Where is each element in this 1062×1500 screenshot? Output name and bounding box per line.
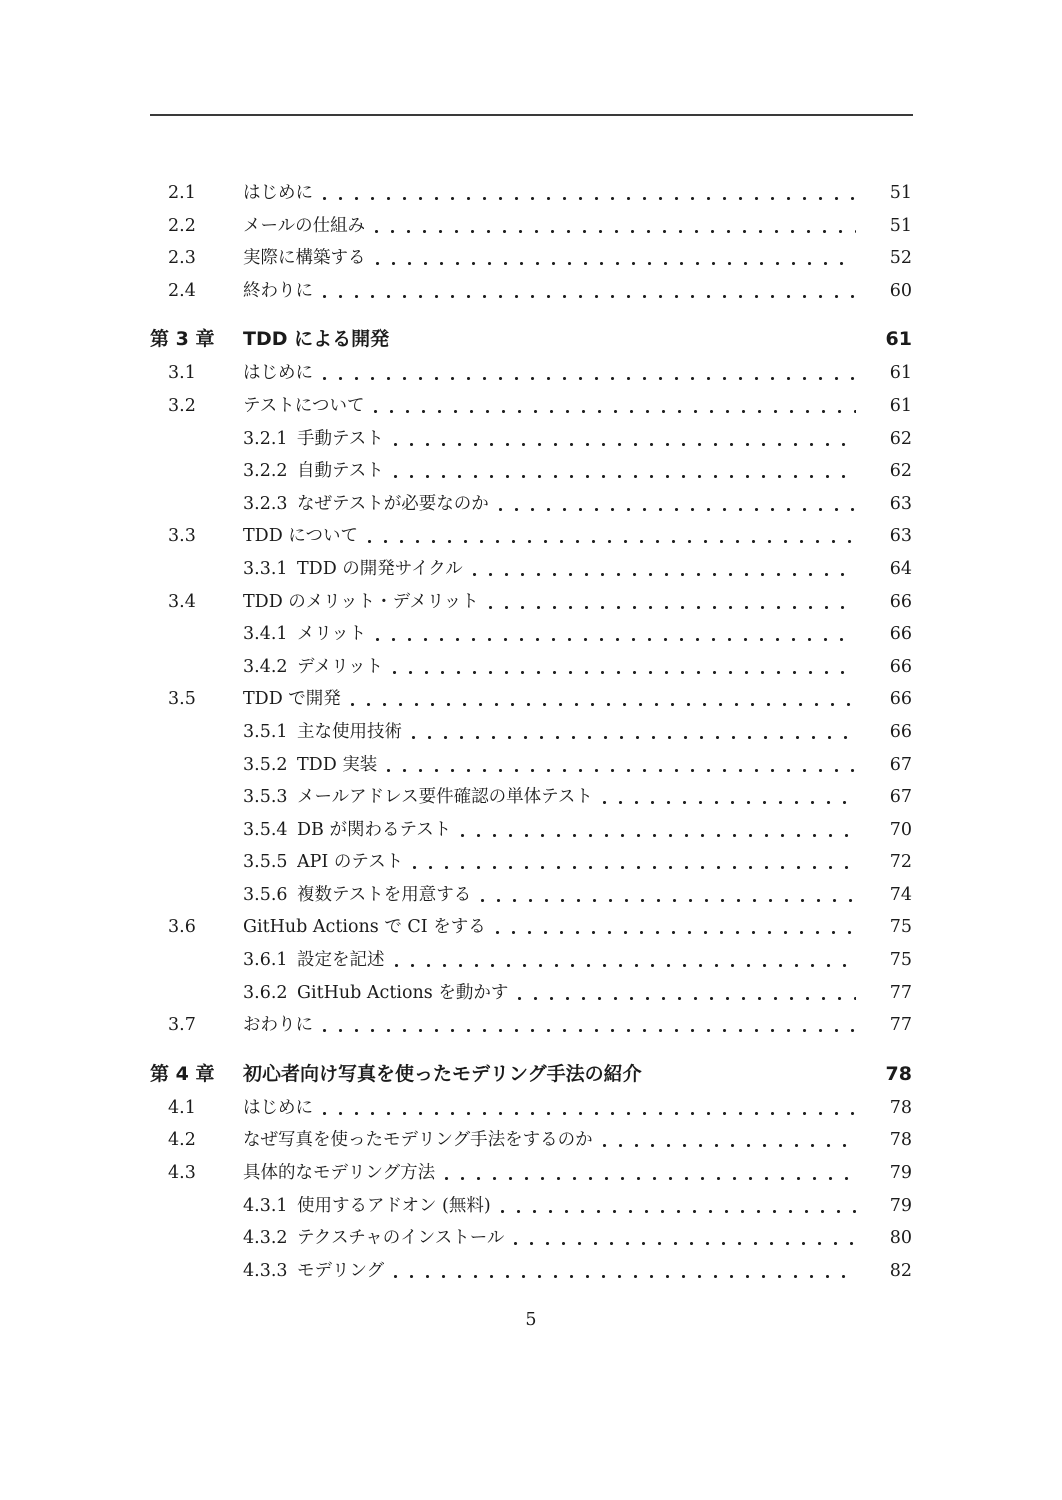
dot-leader xyxy=(489,606,856,609)
toc-entry-page: 77 xyxy=(874,1009,912,1042)
toc-entry-number: 3.1 xyxy=(168,357,243,390)
toc-entry-subsection[interactable]: 3.2.3 なぜテストが必要なのか 63 xyxy=(150,488,912,521)
toc-entry-section[interactable]: 3.3 TDD について 63 xyxy=(150,520,912,553)
toc-entry-number: 4.3 xyxy=(168,1157,243,1190)
toc-entry-section[interactable]: 4.2 なぜ写真を使ったモデリング手法をするのか 78 xyxy=(150,1124,912,1157)
dot-leader xyxy=(399,341,856,344)
toc-entry-section[interactable]: 2.4 終わりに 60 xyxy=(150,275,912,308)
toc-entry-page: 61 xyxy=(874,357,912,390)
toc-entry-number: 3.4.2 xyxy=(243,651,297,684)
toc-entry-number: 4.3.1 xyxy=(243,1190,297,1223)
toc-entry-title: TDD の開発サイクル xyxy=(297,553,463,586)
toc-entry-section[interactable]: 3.1 はじめに 61 xyxy=(150,357,912,390)
toc-entry-page: 82 xyxy=(874,1255,912,1288)
toc-entry-page: 78 xyxy=(874,1056,912,1092)
toc-entry-title: メールの仕組み xyxy=(243,210,365,243)
toc-entry-page: 78 xyxy=(874,1124,912,1157)
dot-leader xyxy=(394,475,856,478)
toc-entry-title: TDD について xyxy=(243,520,358,553)
toc-entry-page: 66 xyxy=(874,683,912,716)
toc-entry-number: 3.5.1 xyxy=(243,716,297,749)
dot-leader xyxy=(518,997,856,1000)
toc-entry-page: 61 xyxy=(874,321,912,357)
dot-leader xyxy=(501,1210,856,1213)
toc-entry-title: API のテスト xyxy=(297,846,403,879)
dot-leader xyxy=(473,573,856,576)
toc-entry-title: 使用するアドオン (無料) xyxy=(297,1190,491,1223)
toc-entry-title: テストについて xyxy=(243,390,364,423)
dot-leader xyxy=(323,1112,856,1115)
dot-leader xyxy=(481,899,856,902)
toc-entry-page: 80 xyxy=(874,1222,912,1255)
toc-entry-page: 66 xyxy=(874,716,912,749)
toc-entry-section[interactable]: 3.7 おわりに 77 xyxy=(150,1009,912,1042)
toc-entry-page: 75 xyxy=(874,911,912,944)
dot-leader xyxy=(499,508,856,511)
document-page: 2.1 はじめに 51 2.2 メールの仕組み 51 2.3 実際に構築する 5… xyxy=(0,0,1062,1500)
toc-entry-title: TDD のメリット・デメリット xyxy=(243,586,479,619)
toc-entry-page: 63 xyxy=(874,488,912,521)
dot-leader xyxy=(652,1076,856,1079)
toc-entry-number: 3.2.2 xyxy=(243,455,297,488)
dot-leader xyxy=(323,197,856,200)
toc-entry-page: 64 xyxy=(874,553,912,586)
toc-entry-number: 3.5.4 xyxy=(243,814,297,847)
toc-entry-subsection[interactable]: 3.5.1 主な使用技術 66 xyxy=(150,716,912,749)
toc-entry-title: 複数テストを用意する xyxy=(297,879,471,912)
toc-entry-number: 4.3.3 xyxy=(243,1255,297,1288)
toc-entry-number: 3.5 xyxy=(168,683,243,716)
toc-entry-subsection[interactable]: 4.3.3 モデリング 82 xyxy=(150,1255,912,1288)
toc-entry-section[interactable]: 3.5 TDD で開発 66 xyxy=(150,683,912,716)
toc-entry-subsection[interactable]: 4.3.2 テクスチャのインストール 80 xyxy=(150,1222,912,1255)
toc-entry-page: 63 xyxy=(874,520,912,553)
dot-leader xyxy=(413,866,856,869)
toc-entry-title: 手動テスト xyxy=(297,423,384,456)
toc-entry-page: 62 xyxy=(874,423,912,456)
toc-entry-number: 3.2.1 xyxy=(243,423,297,456)
toc-entry-number: 3.5.6 xyxy=(243,879,297,912)
toc-entry-page: 79 xyxy=(874,1190,912,1223)
toc-entry-title: メリット xyxy=(297,618,366,651)
toc-entry-title: はじめに xyxy=(243,357,313,390)
toc-entry-number: 3.5.3 xyxy=(243,781,297,814)
toc-entry-page: 66 xyxy=(874,618,912,651)
toc-entry-page: 70 xyxy=(874,814,912,847)
toc-entry-page: 77 xyxy=(874,977,912,1010)
toc-entry-number: 3.4.1 xyxy=(243,618,297,651)
toc-entry-number: 3.2.3 xyxy=(243,488,297,521)
toc-entry-title: テクスチャのインストール xyxy=(297,1222,504,1255)
page-number: 5 xyxy=(0,1310,1062,1330)
toc-entry-subsection[interactable]: 3.3.1 TDD の開発サイクル 64 xyxy=(150,553,912,586)
dot-leader xyxy=(445,1177,856,1180)
toc-entry-title: DB が関わるテスト xyxy=(297,814,451,847)
dot-leader xyxy=(412,736,856,739)
toc-entry-number: 3.6.1 xyxy=(243,944,297,977)
toc-entry-section[interactable]: 3.2 テストについて 61 xyxy=(150,390,912,423)
dot-leader xyxy=(323,377,856,380)
toc-entry-chapter[interactable]: 第 3 章 TDD による開発 61 xyxy=(150,321,912,357)
toc-entry-page: 62 xyxy=(874,455,912,488)
toc-entry-page: 67 xyxy=(874,749,912,782)
dot-leader xyxy=(387,769,856,772)
toc-entry-subsection[interactable]: 3.5.4 DB が関わるテスト 70 xyxy=(150,814,912,847)
toc-entry-page: 61 xyxy=(874,390,912,423)
toc-list: 2.1 はじめに 51 2.2 メールの仕組み 51 2.3 実際に構築する 5… xyxy=(150,177,912,1287)
toc-entry-number: 3.3.1 xyxy=(243,553,297,586)
toc-entry-page: 78 xyxy=(874,1092,912,1125)
toc-entry-title: はじめに xyxy=(243,177,313,210)
toc-entry-title: 終わりに xyxy=(243,275,313,308)
toc-entry-subsection[interactable]: 3.4.2 デメリット 66 xyxy=(150,651,912,684)
toc-entry-title: 具体的なモデリング方法 xyxy=(243,1157,435,1190)
toc-entry-subsection[interactable]: 3.5.5 API のテスト 72 xyxy=(150,846,912,879)
toc-entry-title: デメリット xyxy=(297,651,383,684)
toc-entry-number: 4.1 xyxy=(168,1092,243,1125)
toc-entry-number: 4.3.2 xyxy=(243,1222,297,1255)
toc-entry-number: 3.2 xyxy=(168,390,243,423)
toc-entry-page: 72 xyxy=(874,846,912,879)
toc-entry-number: 3.3 xyxy=(168,520,243,553)
toc-entry-page: 79 xyxy=(874,1157,912,1190)
toc-entry-title: 実際に構築する xyxy=(243,242,366,275)
dot-leader xyxy=(461,834,856,837)
dot-leader xyxy=(603,1144,856,1147)
toc-entry-number: 2.4 xyxy=(168,275,243,308)
dot-leader xyxy=(395,964,857,967)
toc-entry-number: 3.6.2 xyxy=(243,977,297,1010)
toc-entry-subsection[interactable]: 4.3.1 使用するアドオン (無料) 79 xyxy=(150,1190,912,1223)
dot-leader xyxy=(351,703,856,706)
toc-entry-number: 第 4 章 xyxy=(150,1056,243,1092)
dot-leader xyxy=(375,230,856,233)
toc-entry-subsection[interactable]: 3.4.1 メリット 66 xyxy=(150,618,912,651)
toc-entry-number: 4.2 xyxy=(168,1124,243,1157)
dot-leader xyxy=(394,443,856,446)
toc-entry-page: 66 xyxy=(874,651,912,684)
toc-entry-page: 67 xyxy=(874,781,912,814)
toc-entry-number: 3.5.5 xyxy=(243,846,297,879)
toc-entry-title: 設定を記述 xyxy=(297,944,385,977)
toc-entry-subsection[interactable]: 3.5.2 TDD 実装 67 xyxy=(150,749,912,782)
toc-entry-title: GitHub Actions で CI をする xyxy=(243,911,486,944)
toc-entry-page: 60 xyxy=(874,275,912,308)
toc-entry-page: 74 xyxy=(874,879,912,912)
toc-entry-section[interactable]: 4.3 具体的なモデリング方法 79 xyxy=(150,1157,912,1190)
toc-entry-title: メールアドレス要件確認の単体テスト xyxy=(297,781,593,814)
toc-entry-chapter[interactable]: 第 4 章 初心者向け写真を使ったモデリング手法の紹介 78 xyxy=(150,1056,912,1092)
toc-entry-subsection[interactable]: 3.6.2 GitHub Actions を動かす 77 xyxy=(150,977,912,1010)
dot-leader xyxy=(374,410,856,413)
toc-entry-subsection[interactable]: 3.6.1 設定を記述 75 xyxy=(150,944,912,977)
dot-leader xyxy=(496,931,856,934)
toc-entry-number: 第 3 章 xyxy=(150,321,243,357)
toc-entry-number: 3.4 xyxy=(168,586,243,619)
toc-entry-section[interactable]: 4.1 はじめに 78 xyxy=(150,1092,912,1125)
toc-entry-title: なぜ写真を使ったモデリング手法をするのか xyxy=(243,1124,593,1157)
toc-entry-page: 75 xyxy=(874,944,912,977)
toc-entry-title: TDD による開発 xyxy=(243,321,389,357)
toc-entry-subsection[interactable]: 3.2.1 手動テスト 62 xyxy=(150,423,912,456)
toc-entry-number: 3.7 xyxy=(168,1009,243,1042)
toc-entry-number: 2.1 xyxy=(168,177,243,210)
dot-leader xyxy=(323,295,856,298)
toc-entry-number: 3.5.2 xyxy=(243,749,297,782)
toc-entry-title: GitHub Actions を動かす xyxy=(297,977,508,1010)
toc-entry-section[interactable]: 2.2 メールの仕組み 51 xyxy=(150,210,912,243)
toc-entry-title: TDD 実装 xyxy=(297,749,377,782)
toc-entry-title: おわりに xyxy=(243,1009,313,1042)
dot-leader xyxy=(393,671,856,674)
toc-entry-subsection[interactable]: 3.5.3 メールアドレス要件確認の単体テスト 67 xyxy=(150,781,912,814)
toc-entry-page: 51 xyxy=(874,210,912,243)
dot-leader xyxy=(323,1029,856,1032)
dot-leader xyxy=(376,638,856,641)
toc-entry-subsection[interactable]: 3.2.2 自動テスト 62 xyxy=(150,455,912,488)
toc-entry-title: TDD で開発 xyxy=(243,683,341,716)
toc-entry-title: 自動テスト xyxy=(297,455,384,488)
dot-leader xyxy=(394,1275,856,1278)
toc-entry-title: 主な使用技術 xyxy=(297,716,402,749)
toc-entry-number: 2.3 xyxy=(168,242,243,275)
toc-entry-number: 2.2 xyxy=(168,210,243,243)
toc-entry-page: 52 xyxy=(874,242,912,275)
dot-leader xyxy=(376,262,857,265)
toc-entry-section[interactable]: 3.4 TDD のメリット・デメリット 66 xyxy=(150,586,912,619)
toc-entry-title: モデリング xyxy=(297,1255,384,1288)
dot-leader xyxy=(368,540,856,543)
toc-entry-number: 3.6 xyxy=(168,911,243,944)
toc-entry-section[interactable]: 2.3 実際に構築する 52 xyxy=(150,242,912,275)
toc-entry-page: 51 xyxy=(874,177,912,210)
toc-entry-page: 66 xyxy=(874,586,912,619)
dot-leader xyxy=(514,1242,856,1245)
toc-entry-section[interactable]: 2.1 はじめに 51 xyxy=(150,177,912,210)
toc-entry-title: なぜテストが必要なのか xyxy=(297,488,489,521)
toc-entry-title: 初心者向け写真を使ったモデリング手法の紹介 xyxy=(243,1056,642,1092)
dot-leader xyxy=(603,801,856,804)
toc-entry-title: はじめに xyxy=(243,1092,313,1125)
toc-entry-subsection[interactable]: 3.5.6 複数テストを用意する 74 xyxy=(150,879,912,912)
header-rule xyxy=(150,114,913,116)
toc-entry-section[interactable]: 3.6 GitHub Actions で CI をする 75 xyxy=(150,911,912,944)
